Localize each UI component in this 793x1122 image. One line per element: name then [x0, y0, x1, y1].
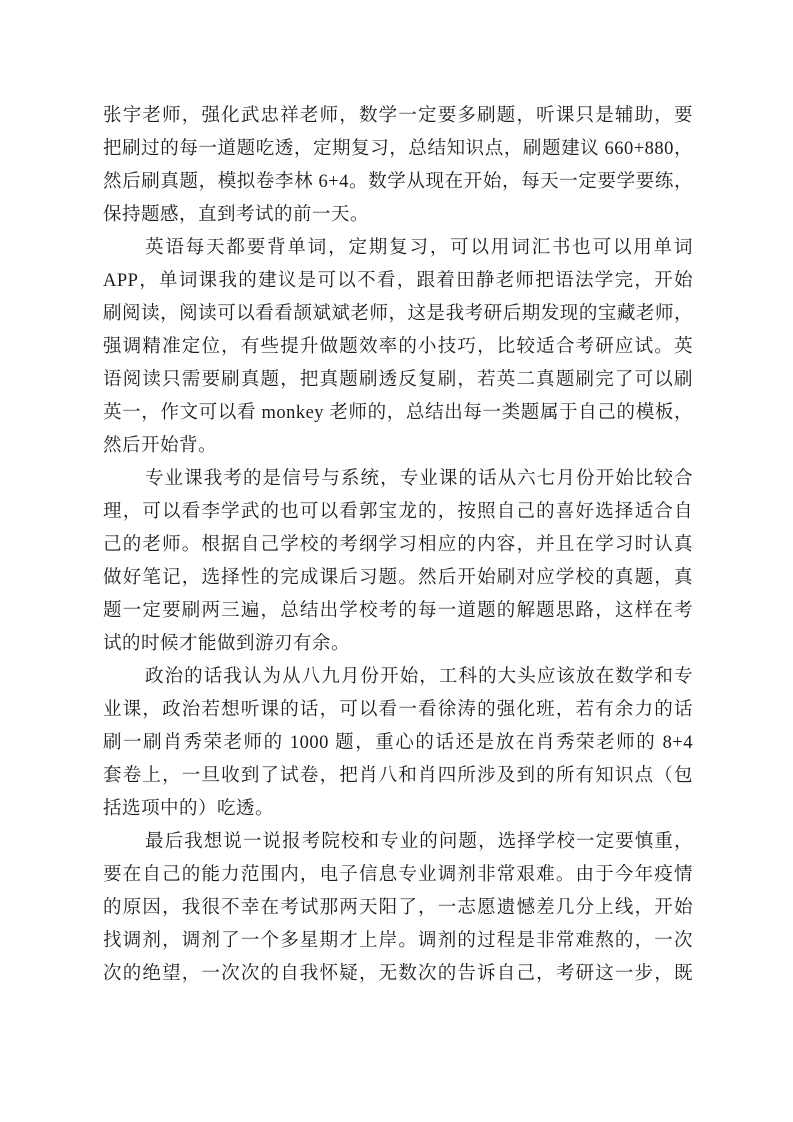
- paragraph: 张宇老师，强化武忠祥老师，数学一定要多刷题，听课只是辅助，要把刷过的每一道题吃透…: [103, 100, 693, 232]
- paragraph: 专业课我考的是信号与系统，专业课的话从六七月份开始比较合理，可以看李学武的也可以…: [103, 463, 693, 661]
- text-line: 然后开始背。: [103, 430, 693, 463]
- text-line: 专业课我考的是信号与系统，专业课的话从六七月份开始比较合: [103, 463, 693, 496]
- document-page: 张宇老师，强化武忠祥老师，数学一定要多刷题，听课只是辅助，要把刷过的每一道题吃透…: [0, 0, 793, 1122]
- text-line: 英一，作文可以看 monkey 老师的，总结出每一类题属于自己的模板，: [103, 397, 693, 430]
- text-line: 语阅读只需要刷真题，把真题刷透反复刷，若英二真题刷完了可以刷: [103, 364, 693, 397]
- text-line: 次的绝望，一次次的自我怀疑，无数次的告诉自己，考研这一步，既: [103, 958, 693, 991]
- text-line: 把刷过的每一道题吃透，定期复习，总结知识点，刷题建议 660+880，: [103, 133, 693, 166]
- text-line: 找调剂，调剂了一个多星期才上岸。调剂的过程是非常难熬的，一次: [103, 925, 693, 958]
- paragraph: 英语每天都要背单词，定期复习，可以用词汇书也可以用单词APP，单词课我的建议是可…: [103, 232, 693, 463]
- text-line: 题一定要刷两三遍，总结出学校考的每一道题的解题思路，这样在考: [103, 595, 693, 628]
- text-line: 套卷上，一旦收到了试卷，把肖八和肖四所涉及到的所有知识点（包: [103, 760, 693, 793]
- text-line: 政治的话我认为从八九月份开始，工科的大头应该放在数学和专: [103, 661, 693, 694]
- text-line: 己的老师。根据自己学校的考纲学习相应的内容，并且在学习时认真: [103, 529, 693, 562]
- text-line: 要在自己的能力范围内，电子信息专业调剂非常艰难。由于今年疫情: [103, 859, 693, 892]
- text-line: 做好笔记，选择性的完成课后习题。然后开始刷对应学校的真题，真: [103, 562, 693, 595]
- text-line: APP，单词课我的建议是可以不看，跟着田静老师把语法学完，开始: [103, 265, 693, 298]
- text-line: 英语每天都要背单词，定期复习，可以用词汇书也可以用单词: [103, 232, 693, 265]
- paragraph: 政治的话我认为从八九月份开始，工科的大头应该放在数学和专业课，政治若想听课的话，…: [103, 661, 693, 826]
- text-line: 试的时候才能做到游刃有余。: [103, 628, 693, 661]
- text-line: 保持题感，直到考试的前一天。: [103, 199, 693, 232]
- text-line: 理，可以看李学武的也可以看郭宝龙的，按照自己的喜好选择适合自: [103, 496, 693, 529]
- text-line: 然后刷真题，模拟卷李林 6+4。数学从现在开始，每天一定要学要练，: [103, 166, 693, 199]
- text-line: 刷一刷肖秀荣老师的 1000 题，重心的话还是放在肖秀荣老师的 8+4: [103, 727, 693, 760]
- text-block: 张宇老师，强化武忠祥老师，数学一定要多刷题，听课只是辅助，要把刷过的每一道题吃透…: [103, 100, 693, 991]
- text-line: 刷阅读，阅读可以看看颉斌斌老师，这是我考研后期发现的宝藏老师，: [103, 298, 693, 331]
- text-line: 业课，政治若想听课的话，可以看一看徐涛的强化班，若有余力的话: [103, 694, 693, 727]
- text-line: 的原因，我很不幸在考试那两天阳了，一志愿遗憾差几分上线，开始: [103, 892, 693, 925]
- text-line: 最后我想说一说报考院校和专业的问题，选择学校一定要慎重，: [103, 826, 693, 859]
- paragraph: 最后我想说一说报考院校和专业的问题，选择学校一定要慎重，要在自己的能力范围内，电…: [103, 826, 693, 991]
- text-line: 张宇老师，强化武忠祥老师，数学一定要多刷题，听课只是辅助，要: [103, 100, 693, 133]
- text-line: 强调精准定位，有些提升做题效率的小技巧，比较适合考研应试。英: [103, 331, 693, 364]
- text-line: 括选项中的）吃透。: [103, 793, 693, 826]
